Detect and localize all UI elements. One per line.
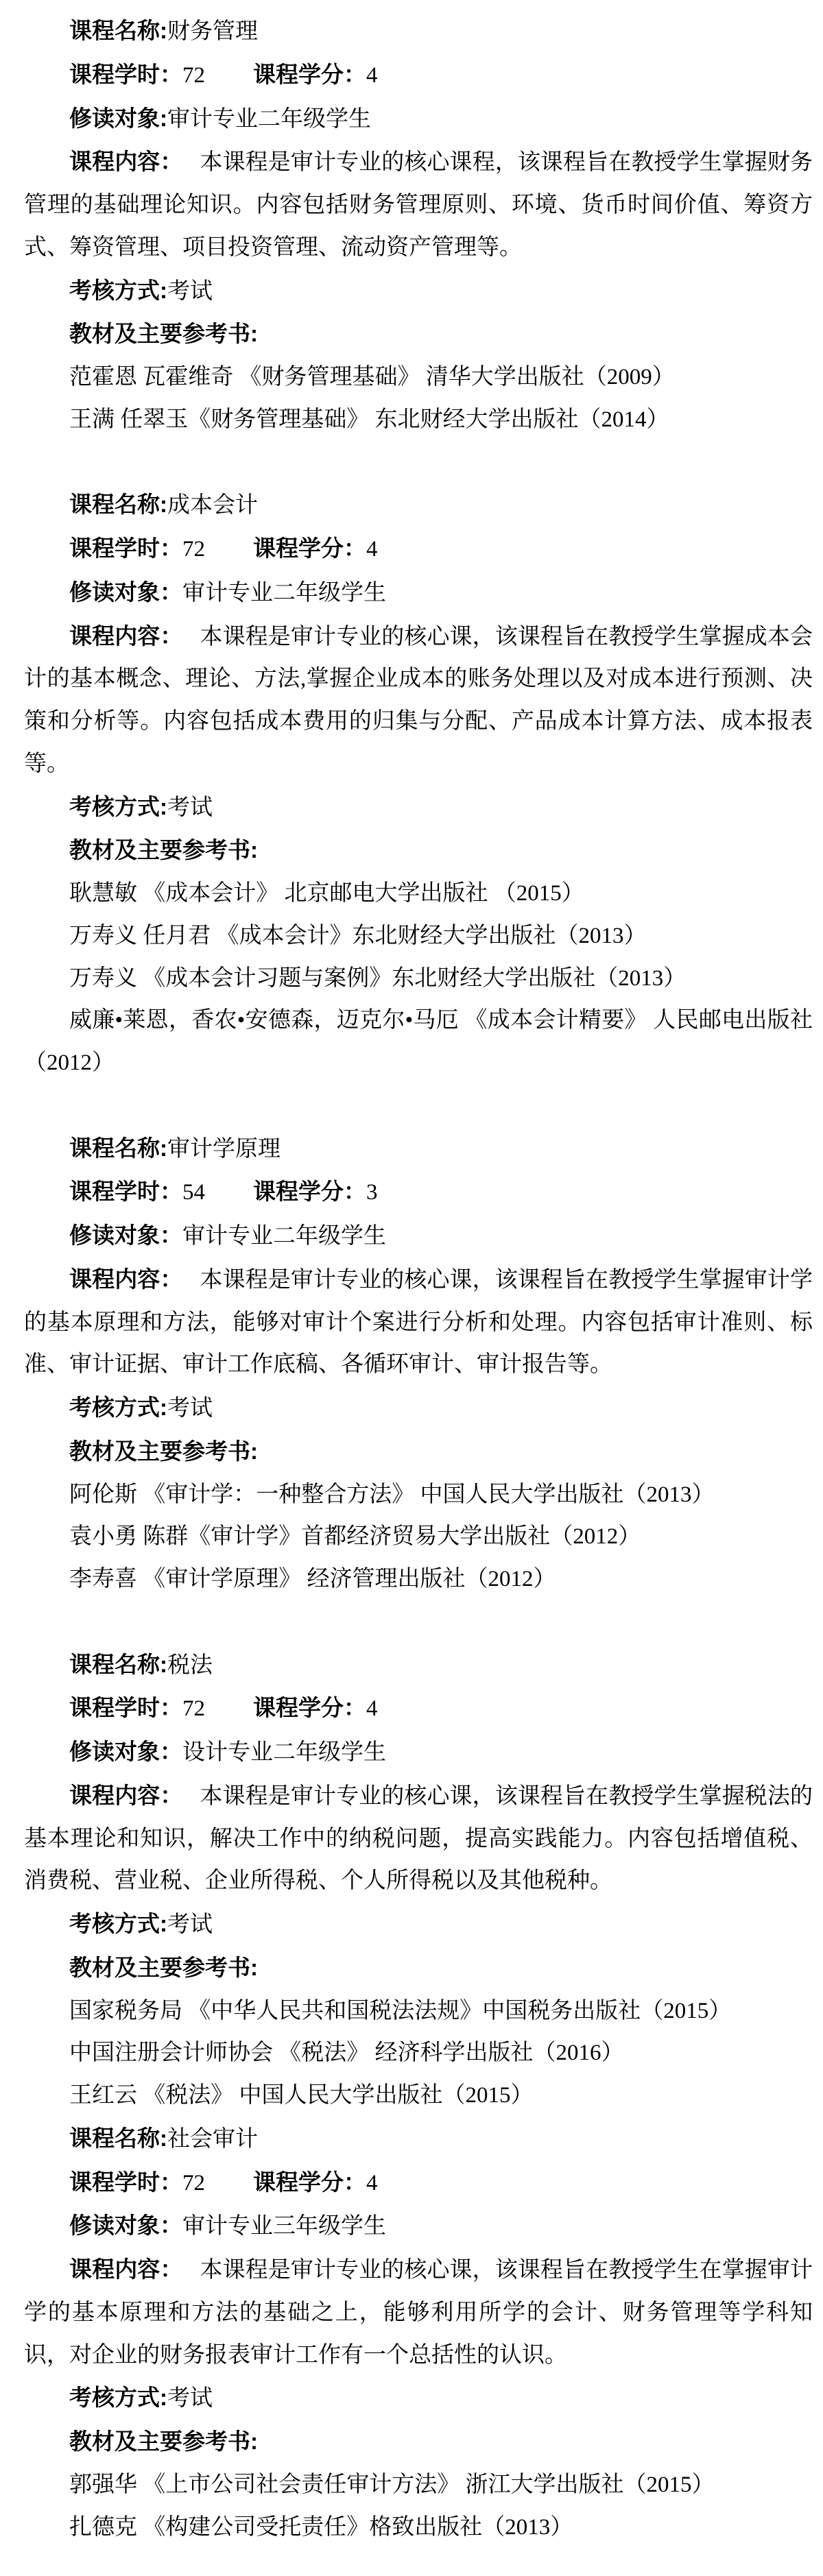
assessment-line: 考核方式:考试 <box>24 786 813 830</box>
book-item: 袁小勇 陈群《审计学》首都经济贸易大学出版社（2012） <box>24 1516 813 1558</box>
assessment-label: 考核方式: <box>69 2385 167 2410</box>
course-hours-value: 54 <box>182 1180 205 1205</box>
book-item: 阿伦斯 《审计学：一种整合方法》 中国人民大学出版社（2013） <box>24 1474 813 1517</box>
course-content-paragraph: 课程内容：本课程是审计专业的核心课程，该课程旨在教授学生掌握财务管理的基础理论知… <box>24 141 813 269</box>
course-hours-label: 课程学时： <box>69 62 182 87</box>
assessment-value: 考试 <box>167 795 213 820</box>
course-target-line: 修读对象：审计专业二年级学生 <box>24 1214 813 1258</box>
course-target-line: 修读对象：审计专业二年级学生 <box>24 571 813 615</box>
course-hours-line: 课程学时：72课程学分：4 <box>24 1687 813 1731</box>
course-hours-value: 72 <box>182 63 205 88</box>
course-credits-value: 4 <box>366 63 378 88</box>
course-hours-value: 72 <box>182 1696 205 1721</box>
assessment-value: 考试 <box>167 1396 213 1421</box>
book-item: 威廉•莱恩，香农•安德森，迈克尔•马厄 《成本会计精要》 人民邮电出版社（201… <box>24 1000 813 1085</box>
assessment-label: 考核方式: <box>69 1911 167 1936</box>
course-section-3: 课程名称:审计学原理 课程学时：54课程学分：3 修读对象：审计专业二年级学生 … <box>24 1127 813 1601</box>
course-content-paragraph: 课程内容：本课程是审计专业的核心课，该课程旨在教授学生掌握税法的基本理论和知识，… <box>24 1774 813 1903</box>
course-hours-line: 课程学时：72课程学分：4 <box>24 2161 813 2205</box>
assessment-value: 考试 <box>167 1912 213 1937</box>
assessment-value: 考试 <box>167 2386 213 2411</box>
course-credits-value: 4 <box>366 537 378 562</box>
course-name-line: 课程名称:社会审计 <box>24 2117 813 2161</box>
course-target-value: 审计专业二年级学生 <box>167 107 371 132</box>
assessment-label: 考核方式: <box>69 278 167 303</box>
course-name-label: 课程名称: <box>69 18 167 43</box>
course-hours-label: 课程学时： <box>69 1695 182 1720</box>
course-credits-value: 4 <box>366 2171 378 2195</box>
course-hours-line: 课程学时：54课程学分：3 <box>24 1170 813 1214</box>
course-target-line: 修读对象:审计专业二年级学生 <box>24 97 813 141</box>
course-content-label: 课程内容： <box>69 1783 182 1808</box>
course-target-label: 修读对象： <box>69 579 182 605</box>
assessment-line: 考核方式:考试 <box>24 2376 813 2420</box>
course-section-5: 课程名称:社会审计 课程学时：72课程学分：4 修读对象：审计专业三年级学生 课… <box>24 2117 813 2549</box>
course-credits-label: 课程学分： <box>253 62 366 87</box>
textbooks-label: 教材及主要参考书: <box>69 1439 258 1464</box>
course-credits-label: 课程学分： <box>253 2169 366 2195</box>
course-name-line: 课程名称:成本会计 <box>24 483 813 527</box>
course-hours-value: 72 <box>182 2171 205 2195</box>
assessment-line: 考核方式:考试 <box>24 1386 813 1430</box>
course-target-label: 修读对象： <box>69 1739 182 1764</box>
assessment-line: 考核方式:考试 <box>24 269 813 313</box>
course-name-value: 成本会计 <box>167 493 258 518</box>
book-item: 国家税务局 《中华人民共和国税法法规》中国税务出版社（2015） <box>24 1990 813 2033</box>
course-content-label: 课程内容： <box>69 623 182 649</box>
course-name-value: 社会审计 <box>167 2127 258 2152</box>
course-content-paragraph: 课程内容：本课程是审计专业的核心课，该课程旨在教授学生掌握成本会计的基本概念、理… <box>24 615 813 786</box>
course-name-line: 课程名称:财务管理 <box>24 10 813 53</box>
course-target-line: 修读对象：审计专业三年级学生 <box>24 2204 813 2248</box>
course-section-2: 课程名称:成本会计 课程学时：72课程学分：4 修读对象：审计专业二年级学生 课… <box>24 483 813 1085</box>
book-item: 王满 任翠玉《财务管理基础》 东北财经大学出版社（2014） <box>24 399 813 442</box>
course-content-label: 课程内容： <box>69 149 182 174</box>
course-hours-line: 课程学时：72课程学分：4 <box>24 527 813 571</box>
course-name-label: 课程名称: <box>69 2126 167 2151</box>
textbooks-heading: 教材及主要参考书: <box>24 313 813 357</box>
assessment-label: 考核方式: <box>69 794 167 819</box>
course-target-value: 审计专业二年级学生 <box>182 1224 386 1249</box>
textbooks-heading: 教材及主要参考书: <box>24 829 813 873</box>
assessment-label: 考核方式: <box>69 1395 167 1420</box>
book-item: 万寿义 《成本会计习题与案例》东北财经大学出版社（2013） <box>24 958 813 1000</box>
course-name-label: 课程名称: <box>69 1135 167 1161</box>
book-item: 范霍恩 瓦霍维奇 《财务管理基础》 清华大学出版社（2009） <box>24 357 813 399</box>
course-target-value: 审计专业二年级学生 <box>182 581 386 605</box>
book-item: 万寿义 任月君 《成本会计》东北财经大学出版社（2013） <box>24 915 813 958</box>
course-hours-line: 课程学时：72课程学分：4 <box>24 53 813 97</box>
course-content-paragraph: 课程内容：本课程是审计专业的核心课，该课程旨在教授学生掌握审计学的基本原理和方法… <box>24 1258 813 1386</box>
textbooks-label: 教材及主要参考书: <box>69 321 258 346</box>
course-credits-value: 3 <box>366 1180 378 1205</box>
course-target-value: 审计专业三年级学生 <box>182 2214 386 2239</box>
course-credits-label: 课程学分： <box>253 535 366 561</box>
course-name-value: 税法 <box>167 1653 213 1678</box>
course-hours-label: 课程学时： <box>69 535 182 561</box>
textbooks-label: 教材及主要参考书: <box>69 837 258 863</box>
course-target-value: 设计专业二年级学生 <box>182 1740 386 1765</box>
course-credits-label: 课程学分： <box>253 1695 366 1720</box>
book-item: 郭强华 《上市公司社会责任审计方法》 浙江大学出版社（2015） <box>24 2464 813 2507</box>
textbooks-heading: 教材及主要参考书: <box>24 1947 813 1990</box>
course-name-value: 财务管理 <box>167 19 258 44</box>
course-target-line: 修读对象：设计专业二年级学生 <box>24 1731 813 1774</box>
course-name-line: 课程名称:税法 <box>24 1644 813 1687</box>
book-item: 扎德克 《构建公司受托责任》格致出版社（2013） <box>24 2507 813 2549</box>
course-name-value: 审计学原理 <box>167 1137 281 1161</box>
course-target-label: 修读对象： <box>69 1223 182 1248</box>
course-hours-label: 课程学时： <box>69 2169 182 2195</box>
course-target-label: 修读对象: <box>69 106 167 131</box>
textbooks-label: 教材及主要参考书: <box>69 1955 258 1980</box>
course-credits-value: 4 <box>366 1696 378 1721</box>
textbooks-heading: 教材及主要参考书: <box>24 2420 813 2464</box>
book-item: 耿慧敏 《成本会计》 北京邮电大学出版社 （2015） <box>24 873 813 915</box>
course-target-label: 修读对象： <box>69 2213 182 2238</box>
assessment-value: 考试 <box>167 279 213 304</box>
book-item: 李寿喜 《审计学原理》 经济管理出版社（2012） <box>24 1558 813 1601</box>
course-name-label: 课程名称: <box>69 492 167 517</box>
assessment-line: 考核方式:考试 <box>24 1903 813 1947</box>
course-section-1: 课程名称:财务管理 课程学时：72课程学分：4 修读对象:审计专业二年级学生 课… <box>24 10 813 442</box>
book-item: 王红云 《税法》 中国人民大学出版社（2015） <box>24 2075 813 2117</box>
course-content-label: 课程内容： <box>69 1266 182 1292</box>
course-section-4: 课程名称:税法 课程学时：72课程学分：4 修读对象：设计专业二年级学生 课程内… <box>24 1644 813 2117</box>
textbooks-heading: 教材及主要参考书: <box>24 1430 813 1474</box>
course-credits-label: 课程学分： <box>253 1179 366 1204</box>
course-name-line: 课程名称:审计学原理 <box>24 1127 813 1171</box>
book-item: 中国注册会计师协会 《税法》 经济科学出版社（2016） <box>24 2032 813 2075</box>
course-hours-value: 72 <box>182 537 205 562</box>
syllabus-document: 课程名称:财务管理 课程学时：72课程学分：4 修读对象:审计专业二年级学生 课… <box>0 0 823 2576</box>
textbooks-label: 教材及主要参考书: <box>69 2429 258 2454</box>
course-hours-label: 课程学时： <box>69 1179 182 1204</box>
course-name-label: 课程名称: <box>69 1652 167 1677</box>
course-content-label: 课程内容： <box>69 2256 182 2282</box>
course-content-paragraph: 课程内容：本课程是审计专业的核心课，该课程旨在教授学生在掌握审计学的基本原理和方… <box>24 2248 813 2376</box>
